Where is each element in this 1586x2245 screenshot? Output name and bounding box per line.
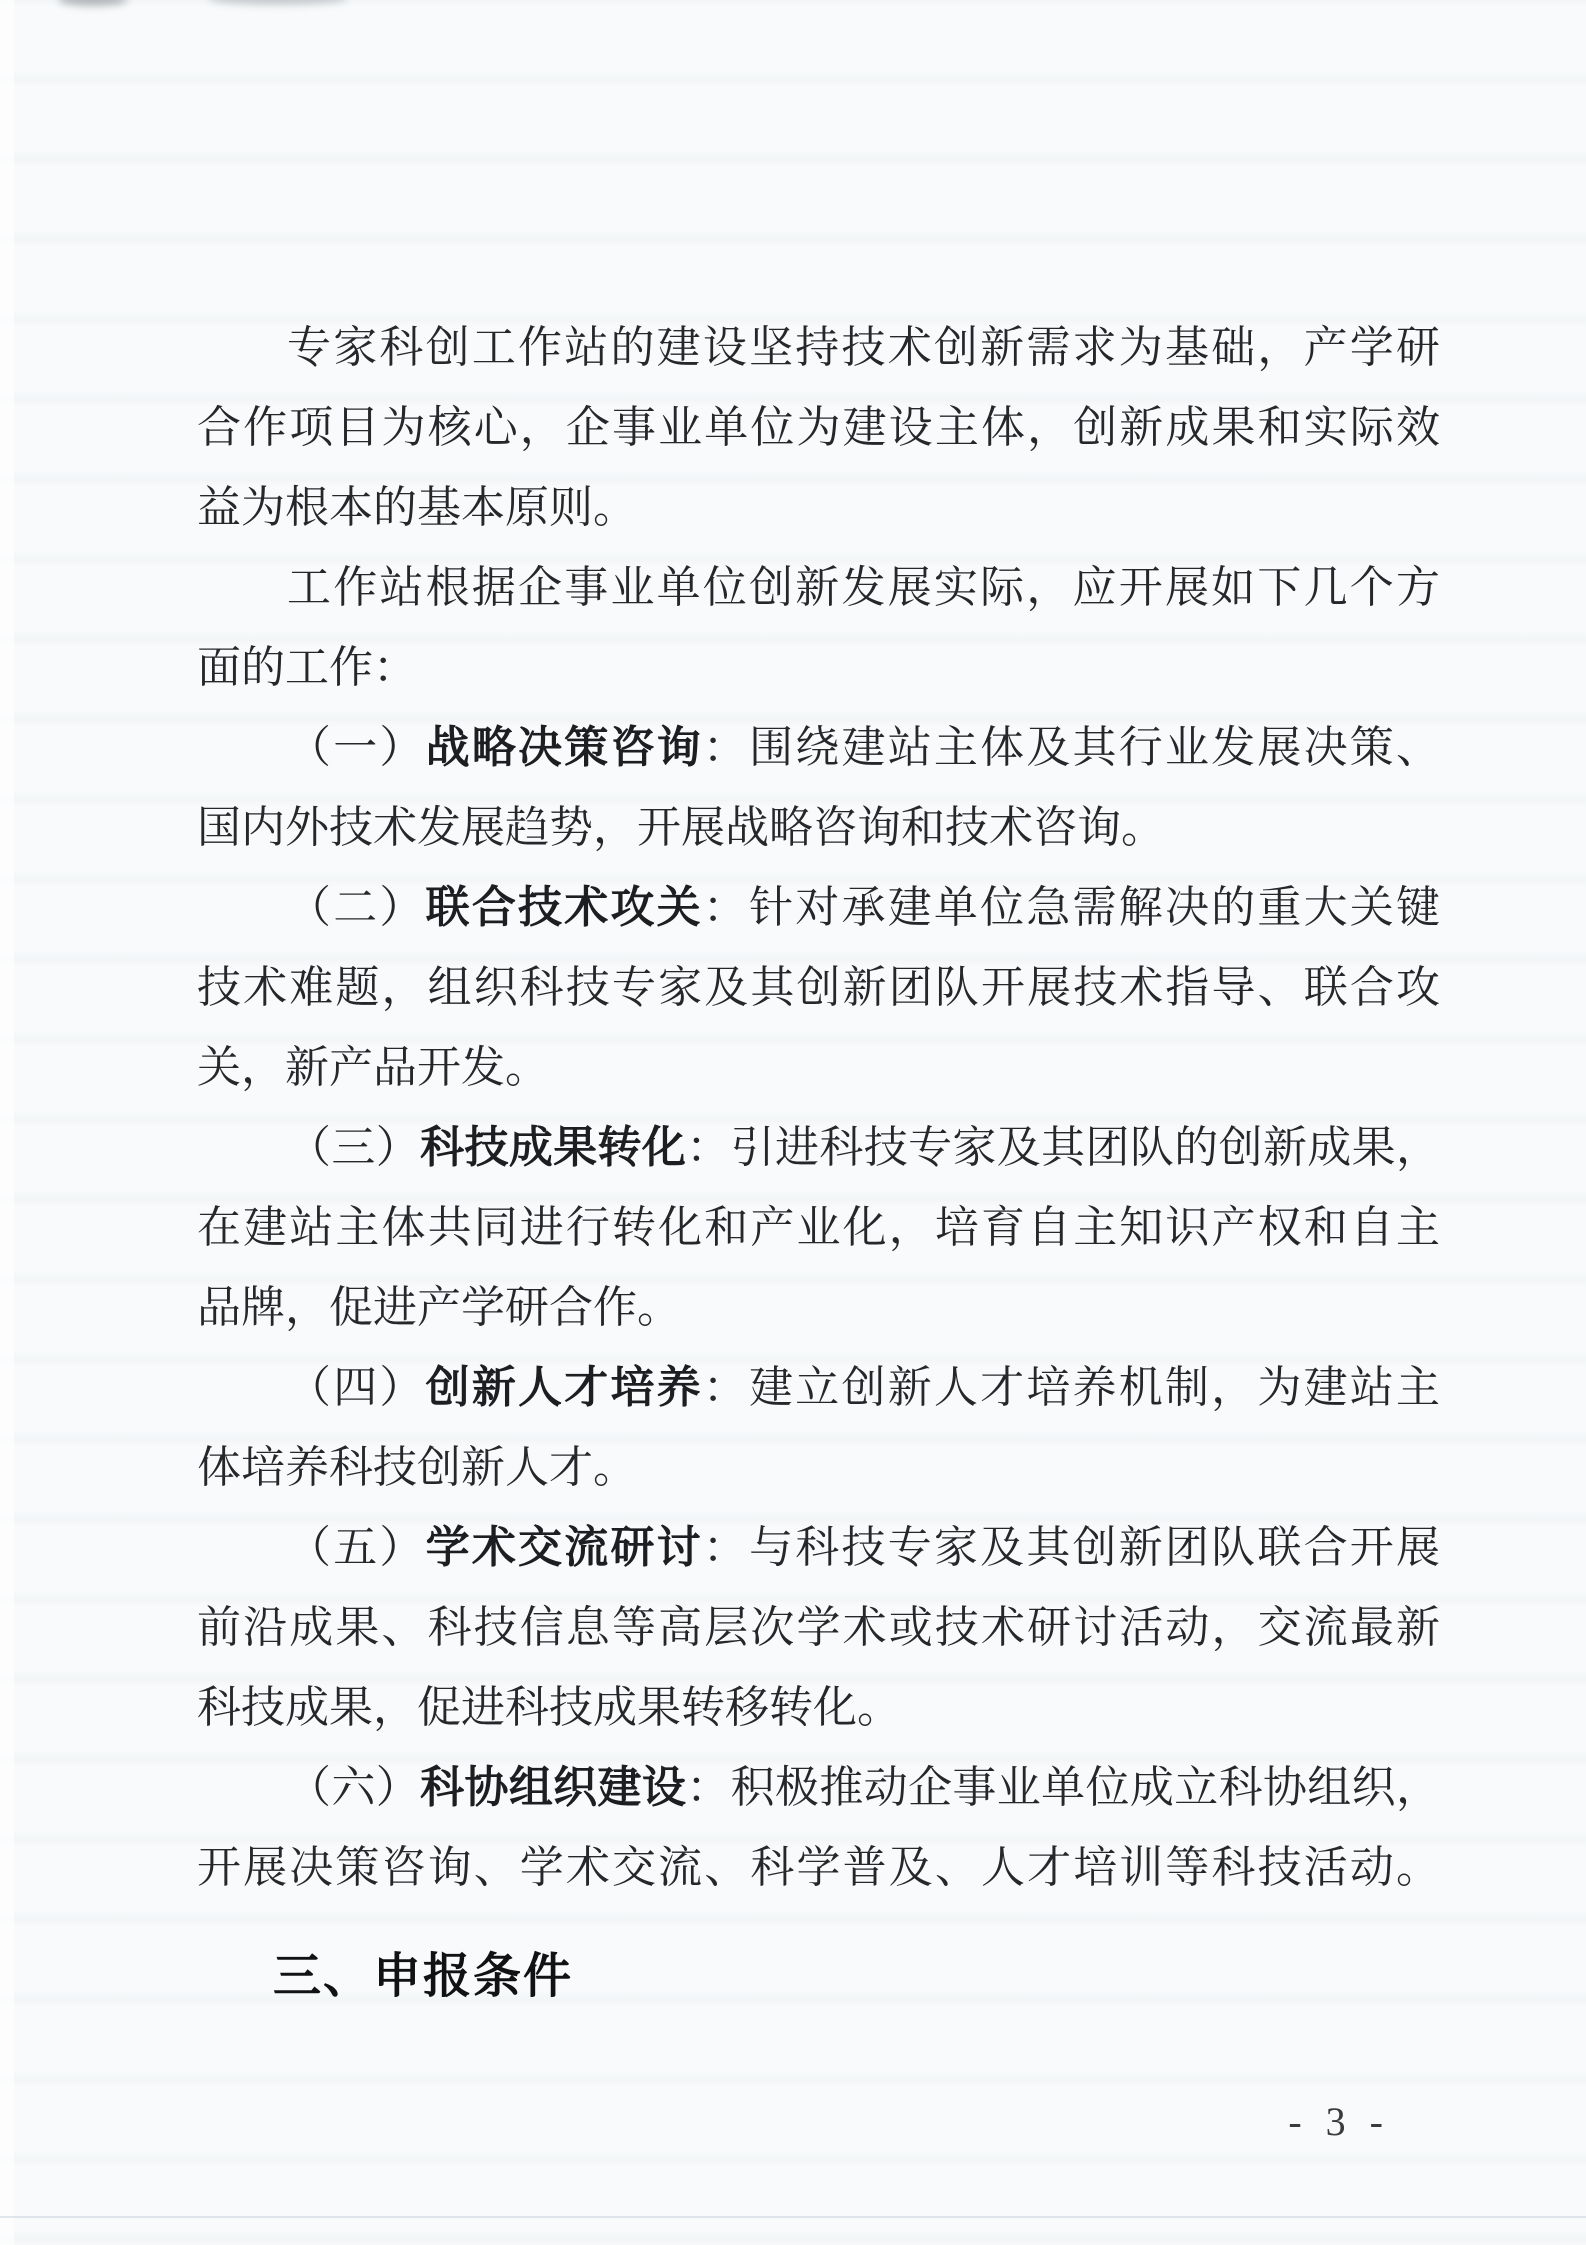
text-line: 在建站主体共同进行转化和产业化，培育自主知识产权和自主 — [197, 1188, 1440, 1268]
text-line: 合作项目为核心，企事业单位为建设主体，创新成果和实际效 — [197, 388, 1440, 468]
item-text: ：建立创新人才培养机制，为建站主 — [703, 1363, 1440, 1412]
item-label: 创新人才培养 — [426, 1363, 703, 1412]
item-label: 联合技术攻关 — [426, 883, 703, 932]
item-label: 科协组织建设 — [420, 1763, 686, 1812]
scan-smudge — [58, 0, 128, 6]
text-line: 技术难题，组织科技专家及其创新团队开展技术指导、联合攻 — [197, 948, 1440, 1028]
scan-edge-left — [0, 0, 14, 2245]
text-line: 科技成果，促进科技成果转移转化。 — [197, 1668, 1440, 1748]
item-text: ：针对承建单位急需解决的重大关键 — [703, 883, 1440, 932]
text-line: 品牌，促进产学研合作。 — [197, 1268, 1440, 1348]
text-line: （二）联合技术攻关：针对承建单位急需解决的重大关键 — [197, 868, 1440, 948]
page-number: - 3 - — [1288, 2098, 1390, 2146]
text-line: （六）科协组织建设：积极推动企事业单位成立科协组织， — [197, 1748, 1440, 1828]
item-number: （二） — [287, 883, 426, 932]
text-line: 关，新产品开发。 — [197, 1028, 1440, 1108]
paragraph-item-3: （三）科技成果转化：引进科技专家及其团队的创新成果， 在建站主体共同进行转化和产… — [197, 1108, 1440, 1348]
paragraph-intro: 工作站根据企事业单位创新发展实际，应开展如下几个方 面的工作： — [197, 548, 1440, 708]
text-line: 体培养科技创新人才。 — [197, 1428, 1440, 1508]
item-number: （一） — [287, 723, 426, 772]
item-label: 战略决策咨询 — [426, 723, 703, 772]
text-line: （三）科技成果转化：引进科技专家及其团队的创新成果， — [197, 1108, 1440, 1188]
text-line: 工作站根据企事业单位创新发展实际，应开展如下几个方 — [197, 548, 1440, 628]
text-line: （一）战略决策咨询：围绕建站主体及其行业发展决策、 — [197, 708, 1440, 788]
item-number: （六） — [287, 1763, 420, 1812]
paragraph-item-6: （六）科协组织建设：积极推动企事业单位成立科协组织， 开展决策咨询、学术交流、科… — [197, 1748, 1440, 1908]
item-text: ：引进科技专家及其团队的创新成果， — [686, 1123, 1440, 1172]
text-line: （四）创新人才培养：建立创新人才培养机制，为建站主 — [197, 1348, 1440, 1428]
text-line: 前沿成果、科技信息等高层次学术或技术研讨活动，交流最新 — [197, 1588, 1440, 1668]
text-line: 开展决策咨询、学术交流、科学普及、人才培训等科技活动。 — [197, 1828, 1440, 1908]
section-heading: 三、申报条件 — [273, 1937, 1440, 2017]
paragraph-principles: 专家科创工作站的建设坚持技术创新需求为基础，产学研 合作项目为核心，企事业单位为… — [197, 308, 1440, 548]
item-number: （五） — [287, 1523, 426, 1572]
item-number: （四） — [287, 1363, 426, 1412]
paragraph-item-5: （五）学术交流研讨：与科技专家及其创新团队联合开展 前沿成果、科技信息等高层次学… — [197, 1508, 1440, 1748]
item-text: ：与科技专家及其创新团队联合开展 — [703, 1523, 1440, 1572]
item-label: 科技成果转化 — [420, 1123, 686, 1172]
paragraph-item-2: （二）联合技术攻关：针对承建单位急需解决的重大关键 技术难题，组织科技专家及其创… — [197, 868, 1440, 1108]
text-line: 面的工作： — [197, 628, 1440, 708]
text-line: 专家科创工作站的建设坚持技术创新需求为基础，产学研 — [197, 308, 1440, 388]
paragraph-item-4: （四）创新人才培养：建立创新人才培养机制，为建站主 体培养科技创新人才。 — [197, 1348, 1440, 1508]
paragraph-item-1: （一）战略决策咨询：围绕建站主体及其行业发展决策、 国内外技术发展趋势，开展战略… — [197, 708, 1440, 868]
scan-artifact-line — [0, 2216, 1586, 2218]
item-number: （三） — [287, 1123, 420, 1172]
text-line: （五）学术交流研讨：与科技专家及其创新团队联合开展 — [197, 1508, 1440, 1588]
scanned-document-page: 专家科创工作站的建设坚持技术创新需求为基础，产学研 合作项目为核心，企事业单位为… — [0, 0, 1586, 2245]
document-body: 专家科创工作站的建设坚持技术创新需求为基础，产学研 合作项目为核心，企事业单位为… — [197, 308, 1440, 2017]
item-label: 学术交流研讨 — [426, 1523, 703, 1572]
item-text: ：积极推动企事业单位成立科协组织， — [686, 1763, 1440, 1812]
item-text: ：围绕建站主体及其行业发展决策、 — [703, 723, 1440, 772]
text-line: 益为根本的基本原则。 — [197, 468, 1440, 548]
scan-smudge — [208, 0, 348, 5]
text-line: 国内外技术发展趋势，开展战略咨询和技术咨询。 — [197, 788, 1440, 868]
